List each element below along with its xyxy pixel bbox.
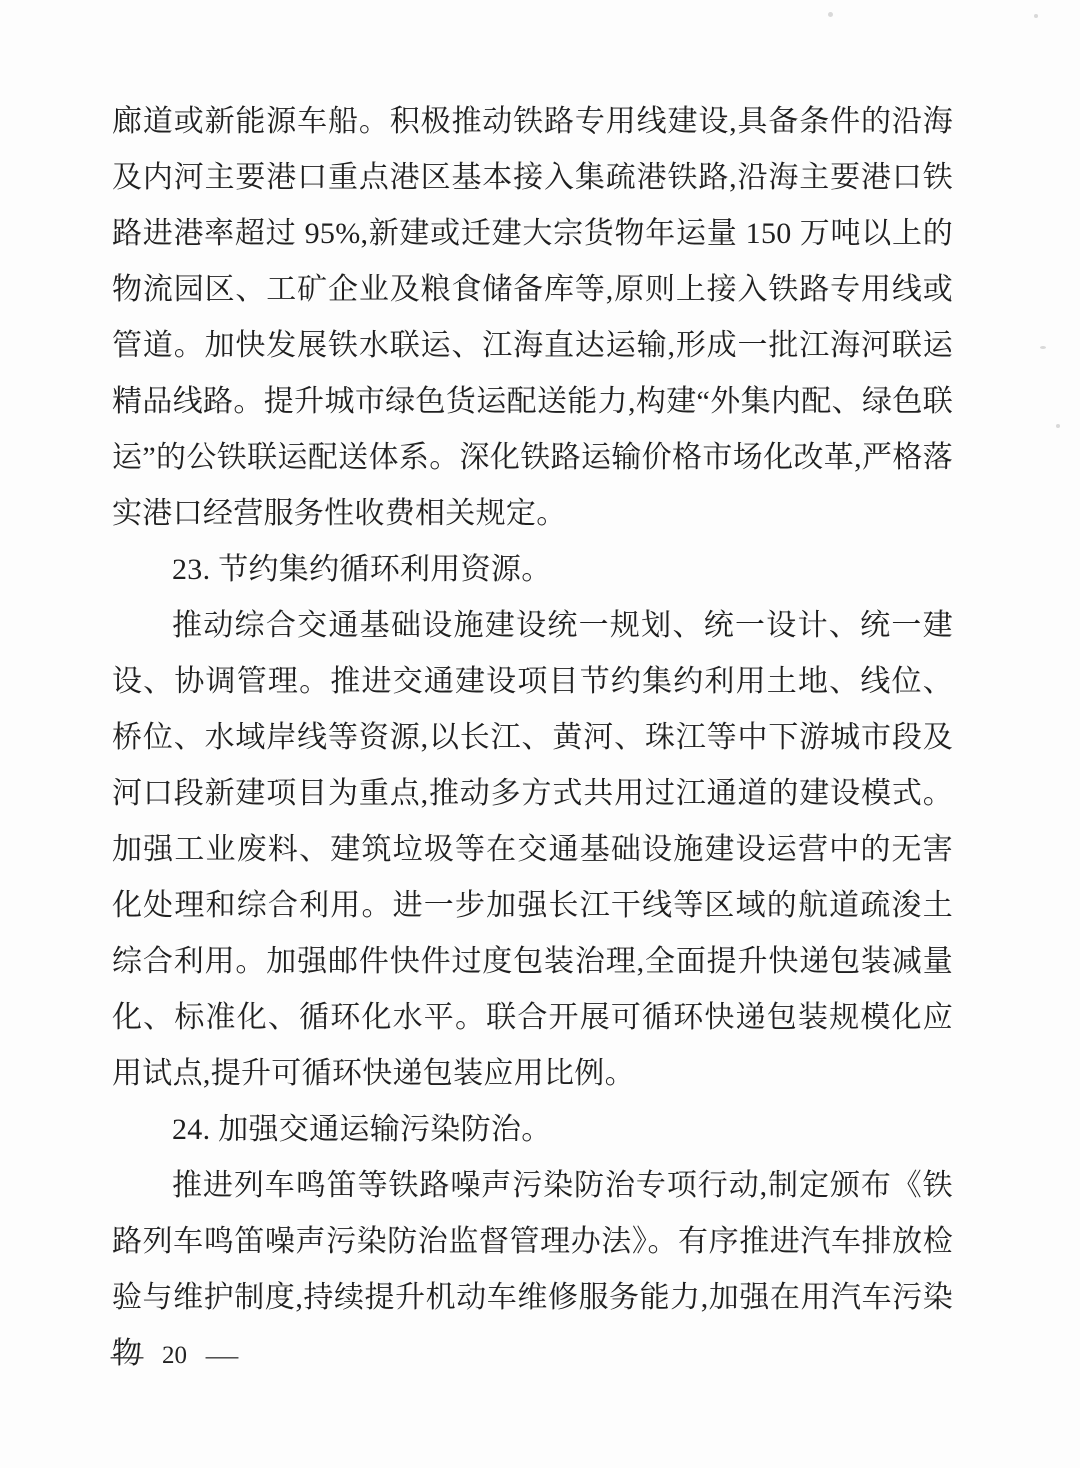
- page-number: 20: [162, 1340, 187, 1372]
- scan-artifact: [1034, 14, 1038, 18]
- footer-dash-left: —: [111, 1340, 144, 1372]
- section-heading-24: 24. 加强交通运输污染防治。: [112, 1102, 953, 1158]
- footer-dash-right: —: [206, 1340, 239, 1372]
- scan-artifact: [1040, 346, 1046, 349]
- section-body-23: 推动综合交通基础设施建设统一规划、统一设计、统一建设、协调管理。推进交通建设项目…: [112, 598, 953, 1102]
- scan-artifact: [1056, 424, 1060, 428]
- document-body: 廊道或新能源车船。积极推动铁路专用线建设,具备条件的沿海及内河主要港口重点港区基…: [112, 94, 953, 1382]
- paragraph-continuation: 廊道或新能源车船。积极推动铁路专用线建设,具备条件的沿海及内河主要港口重点港区基…: [112, 94, 953, 542]
- scan-artifact: [828, 12, 833, 17]
- section-heading-23: 23. 节约集约循环利用资源。: [112, 542, 953, 598]
- page-footer: — 20 —: [114, 1340, 235, 1372]
- document-page: 廊道或新能源车船。积极推动铁路专用线建设,具备条件的沿海及内河主要港口重点港区基…: [0, 0, 1080, 1468]
